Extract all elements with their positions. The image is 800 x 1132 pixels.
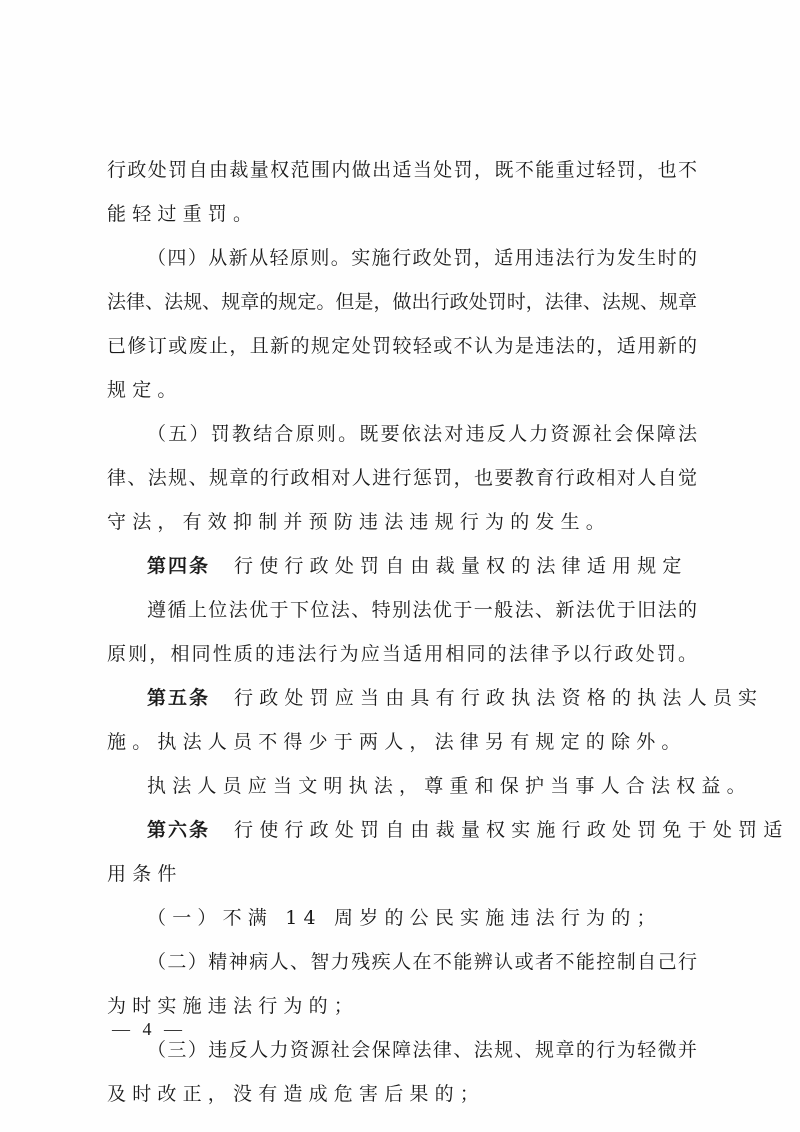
paragraph-line: 原则，相同性质的违法行为应当适用相同的法律予以行政处罚。: [107, 641, 697, 667]
paragraph-line: 用条件: [107, 861, 697, 887]
document-page: 行政处罚自由裁量权范围内做出适当处罚，既不能重过轻罚，也不 能轻过重罚。 （四）…: [0, 0, 800, 1132]
paragraph-line: 法律、法规、规章的规定。但是，做出行政处罚时，法律、法规、规章: [107, 289, 697, 315]
principle-5-heading-line: （五）罚教结合原则。既要依法对违反人力资源社会保障法: [147, 421, 697, 447]
list-item-2: （二）精神病人、智力残疾人在不能辨认或者不能控制自己行: [147, 949, 697, 975]
article-5-label: 第五条: [147, 687, 210, 709]
paragraph-line: 能轻过重罚。: [107, 201, 697, 227]
article-6-heading: 第六条行使行政处罚自由裁量权实施行政处罚免于处罚适: [147, 817, 697, 843]
article-4-heading: 第四条行使行政处罚自由裁量权的法律适用规定: [147, 553, 697, 579]
list-item-1: （一）不满 14 周岁的公民实施违法行为的；: [147, 905, 697, 931]
principle-4-heading-line: （四）从新从轻原则。实施行政处罚，适用违法行为发生时的: [147, 245, 697, 271]
article-6-label: 第六条: [147, 819, 210, 841]
list-item-3: （三）违反人力资源社会保障法律、法规、规章的行为轻微并: [147, 1037, 697, 1063]
paragraph-line: 守法，有效抑制并预防违法违规行为的发生。: [107, 509, 697, 535]
paragraph-line: 行政处罚自由裁量权范围内做出适当处罚，既不能重过轻罚，也不: [107, 157, 697, 183]
article-4-label: 第四条: [147, 555, 210, 577]
paragraph-line: 为时实施违法行为的；: [107, 993, 697, 1019]
article-5-heading: 第五条行政处罚应当由具有行政执法资格的执法人员实: [147, 685, 697, 711]
paragraph-line: 及时改正，没有造成危害后果的；: [107, 1081, 697, 1107]
article-4-title: 行使行政处罚自由裁量权的法律适用规定: [234, 555, 688, 577]
paragraph-line: 执法人员应当文明执法，尊重和保护当事人合法权益。: [147, 773, 697, 799]
paragraph-line: 律、法规、规章的行政相对人进行惩罚，也要教育行政相对人自觉: [107, 465, 697, 491]
paragraph-line: 施。执法人员不得少于两人，法律另有规定的除外。: [107, 729, 697, 755]
paragraph-line: 已修订或废止，且新的规定处罚较轻或不认为是违法的，适用新的: [107, 333, 697, 359]
paragraph-line: 遵循上位法优于下位法、特别法优于一般法、新法优于旧法的: [147, 597, 697, 623]
page-number: — 4 —: [112, 1018, 186, 1040]
article-6-title: 行使行政处罚自由裁量权实施行政处罚免于处罚适: [234, 819, 788, 841]
paragraph-line: 规定。: [107, 377, 697, 403]
article-5-text: 行政处罚应当由具有行政执法资格的执法人员实: [234, 687, 763, 709]
